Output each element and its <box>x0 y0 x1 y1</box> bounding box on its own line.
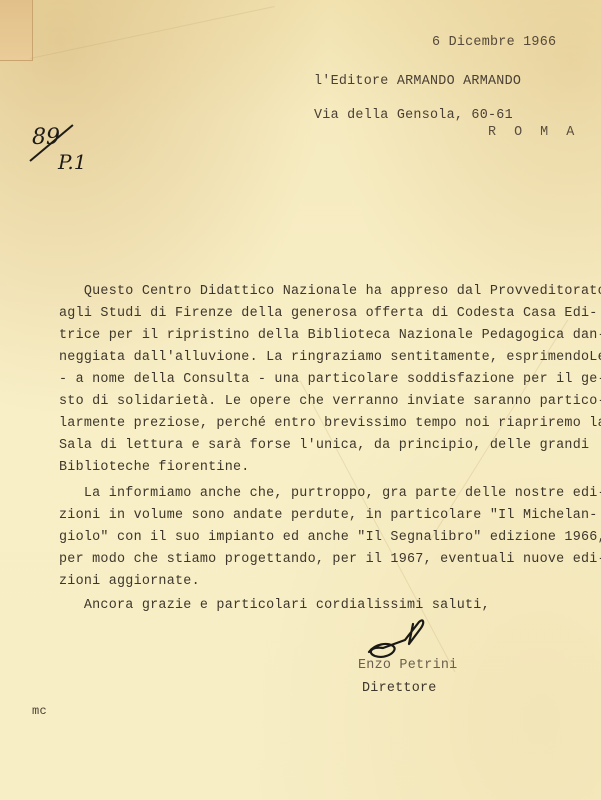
body-line: zioni in volume sono andate perdute, in … <box>59 508 598 524</box>
letter-paper: 6 Dicembre 1966 l'Editore ARMANDO ARMAND… <box>0 0 601 800</box>
recipient-name: l'Editore ARMANDO ARMANDO <box>314 74 521 90</box>
body-line: La informiamo anche che, purtroppo, gra … <box>59 486 601 502</box>
signer-title: Direttore <box>362 681 437 697</box>
body-line: giolo" con il suo impianto ed anche "Il … <box>59 530 601 546</box>
body-line: larmente preziose, perché entro brevissi… <box>59 416 601 432</box>
body-line: agli Studi di Firenze della generosa off… <box>59 306 598 322</box>
signer-name: Enzo Petrini <box>358 658 457 674</box>
body-line: zioni aggiornate. <box>59 574 200 590</box>
paper-crease <box>30 6 275 59</box>
folded-corner <box>0 0 33 61</box>
recipient-address: Via della Gensola, 60-61 <box>314 108 513 124</box>
typist-initials: mc <box>32 703 47 719</box>
closing-line: Ancora grazie e particolari cordialissim… <box>59 598 490 614</box>
body-line: trice per il ripristino della Biblioteca… <box>59 328 601 344</box>
body-line: Sala di lettura e sarà forse l'unica, da… <box>59 438 589 454</box>
recipient-city: R O M A <box>488 125 579 141</box>
body-line: sto di solidarietà. Le opere che verrann… <box>59 394 601 410</box>
body-line: - a nome della Consulta - una particolar… <box>59 372 601 388</box>
handwritten-page-marker: P.1 <box>58 150 87 174</box>
body-line: neggiata dall'alluvione. La ringraziamo … <box>59 350 601 366</box>
body-line: Questo Centro Didattico Nazionale ha app… <box>59 284 601 300</box>
letter-date: 6 Dicembre 1966 <box>432 35 556 51</box>
body-line: Biblioteche fiorentine. <box>59 460 250 476</box>
handwritten-signature <box>365 618 435 662</box>
body-line: per modo che stiamo progettando, per il … <box>59 552 601 568</box>
